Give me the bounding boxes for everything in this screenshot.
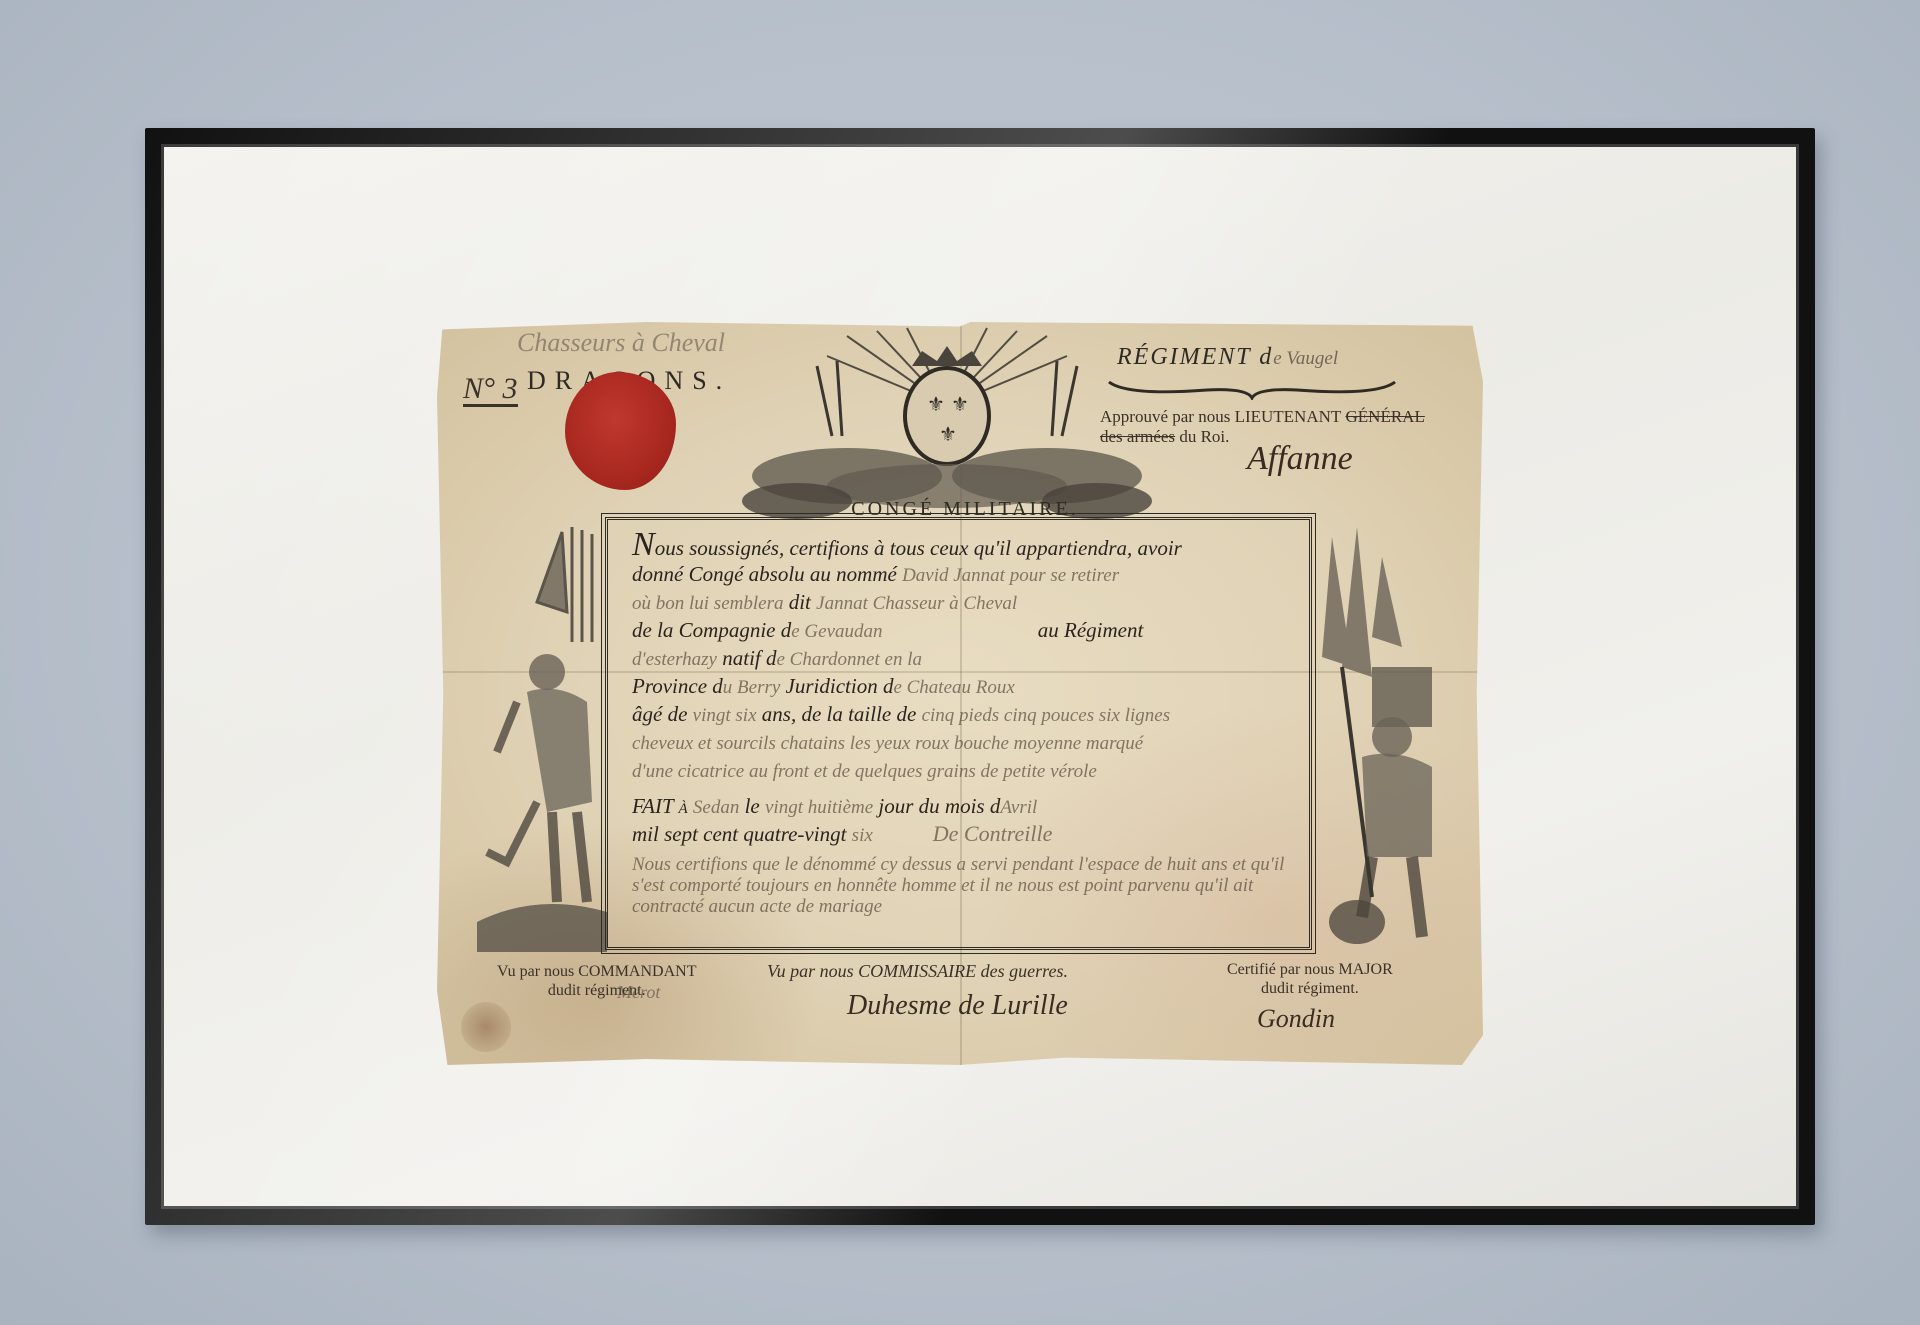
description-handwritten: cheveux et sourcils chatains les yeux ro… bbox=[632, 733, 1143, 754]
svg-text:⚜: ⚜ bbox=[951, 394, 969, 416]
age-stain bbox=[461, 1002, 511, 1052]
commissaire-signature: Duhesme de Lurille bbox=[847, 990, 1068, 1022]
certification-note-handwritten: Nous certifions que le dénommé cy dessus… bbox=[632, 854, 1284, 917]
major-signature: Gondin bbox=[1257, 1004, 1335, 1034]
officer-signature: De Contreille bbox=[933, 821, 1053, 846]
place-handwritten: Sedan bbox=[693, 797, 739, 818]
year-handwritten: six bbox=[852, 825, 873, 846]
lieutenant-signature: Affanne bbox=[1247, 440, 1353, 478]
certificate-body: Nous soussignés, certifions à tous ceux … bbox=[632, 532, 1292, 918]
commissaire-block: Vu par nous COMMISSAIRE des guerres. bbox=[767, 962, 1068, 981]
major-block: Certifié par nous MAJOR dudit régiment. bbox=[1227, 960, 1393, 998]
commandant-block: Vu par nous COMMANDANT dudit régiment. bbox=[497, 962, 696, 1000]
soldier-engraving-left bbox=[477, 522, 607, 952]
document-paper: Chasseurs à Cheval N° 3 DRAGONS. ⚜ ⚜ ⚜ C… bbox=[437, 322, 1483, 1065]
regiment-name-handwritten: e Vaugel bbox=[1273, 348, 1338, 369]
svg-text:⚜: ⚜ bbox=[939, 424, 957, 446]
top-handwriting: Chasseurs à Cheval bbox=[517, 328, 725, 358]
soldier-name-handwritten: David Jannat pour se retirer bbox=[902, 565, 1119, 586]
svg-text:⚜: ⚜ bbox=[927, 394, 945, 416]
wax-seal bbox=[565, 372, 676, 490]
struck-text: GÉNÉRAL bbox=[1346, 407, 1425, 426]
company-handwritten: e Gevaudan bbox=[791, 621, 882, 642]
soldier-engraving-right bbox=[1312, 517, 1442, 952]
struck-text: des armées bbox=[1100, 427, 1175, 446]
regiment-label: RÉGIMENT d bbox=[1117, 344, 1273, 370]
royal-crest-engraving: ⚜ ⚜ ⚜ bbox=[737, 326, 1157, 526]
document-number: N° 3 bbox=[463, 374, 518, 407]
regiment-heading: RÉGIMENT de Vaugel bbox=[1117, 344, 1338, 371]
commandant-signature: Merot bbox=[617, 982, 660, 1003]
flourish-divider bbox=[1107, 378, 1397, 400]
